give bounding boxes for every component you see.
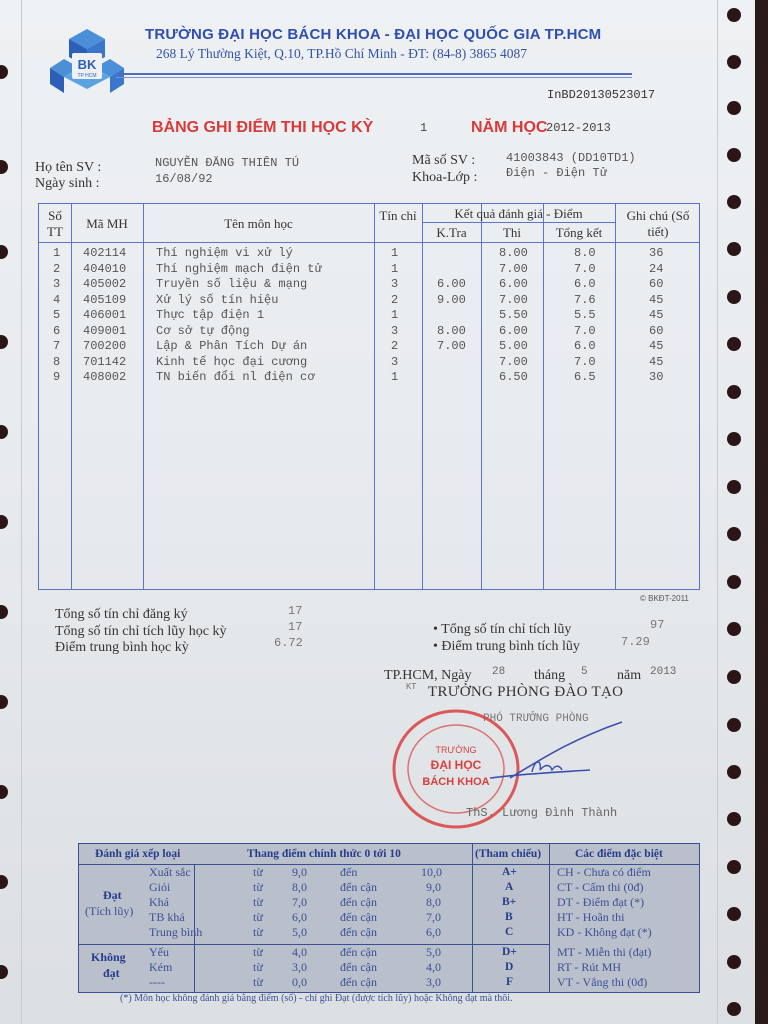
rank-label: Yếu (149, 945, 169, 960)
special-code: KD - Không đạt (*) (557, 925, 652, 940)
from-value: 7,0 (292, 895, 307, 910)
university-name: TRƯỜNG ĐẠI HỌC BÁCH KHOA - ĐẠI HỌC QUỐC … (145, 26, 601, 43)
header-ktra: K.Tra (422, 225, 481, 241)
year-value: 2012-2013 (546, 121, 611, 135)
special-code: DT - Điểm đạt (*) (557, 895, 644, 910)
perforation-hole (727, 55, 741, 69)
table-row: 1402114Thí nghiệm vi xử lý18.008.036 (39, 246, 701, 262)
date-month: 5 (581, 666, 588, 678)
perforation-hole (727, 480, 741, 494)
legend-header-scale: Thang điểm chính thức 0 tới 10 (247, 848, 401, 860)
perforation-hole (727, 812, 741, 826)
ref-grade: B (505, 911, 513, 923)
from-value: 9,0 (292, 865, 307, 880)
header-total: Tổng kết (543, 225, 615, 241)
date-year: 2013 (650, 666, 676, 678)
from-value: 4,0 (292, 945, 307, 960)
special-code: CT - Cấm thi (0đ) (557, 880, 643, 895)
grades-table: Số TT Mã MH Tên môn học Tín chỉ Kết quả … (38, 203, 700, 590)
svg-text:ĐẠI HỌC: ĐẠI HỌC (431, 758, 482, 772)
transcript-paper: BK TP HCM TRƯỜNG ĐẠI HỌC BÁCH KHOA - ĐẠI… (0, 0, 755, 1024)
from-label: từ (253, 925, 263, 940)
to-label: đến cận (340, 975, 377, 990)
to-value: 5,0 (426, 945, 441, 960)
perforation-hole (727, 622, 741, 636)
perforation-hole (727, 290, 741, 304)
place-date-label: TP.HCM, Ngày (384, 668, 472, 684)
gpa-sem-label: Điểm trung bình học kỳ (55, 640, 189, 656)
svg-text:TRƯỜNG: TRƯỜNG (436, 745, 477, 755)
student-name: NGUYỄN ĐĂNG THIÊN TÚ (155, 156, 299, 170)
perforation-hole (727, 148, 741, 162)
signer-name: ThS. Lương Đình Thành (466, 806, 617, 820)
earned-credits-total-value: 97 (650, 618, 664, 632)
perforation-hole (727, 8, 741, 22)
to-value: 6,0 (426, 925, 441, 940)
table-row: 5406001Thực tập điện 115.505.545 (39, 308, 701, 324)
gpa-total-label: • Điểm trung bình tích lũy (433, 639, 580, 655)
to-label: đến cận (340, 960, 377, 975)
semester-value: 1 (420, 121, 427, 135)
header-credits: Tín chỉ (379, 208, 417, 224)
ref-grade: A+ (502, 866, 517, 878)
perforation-hole (727, 718, 741, 732)
perforation-hole (727, 337, 741, 351)
rank-label: ---- (149, 975, 165, 990)
table-row: 4405109Xử lý số tín hiệu29.007.007.645 (39, 293, 701, 309)
rank-label: Trung bình (149, 925, 202, 940)
table-row: 8701142Kinh tế học đại cương37.007.045 (39, 355, 701, 371)
perforation-hole (727, 955, 741, 969)
perforation-hole (727, 242, 741, 256)
rank-label: TB khá (149, 910, 185, 925)
table-row: 9408002TN biến đổi nl điện cơ16.506.530 (39, 370, 701, 386)
perforation-hole (727, 765, 741, 779)
student-dob: 16/08/92 (155, 172, 213, 186)
legend-header-special: Các điểm đặc biệt (575, 848, 663, 860)
perforation-hole (727, 907, 741, 921)
to-label: đến cận (340, 895, 377, 910)
header-result-group: Kết quả đánh giá - Điểm (422, 206, 615, 222)
rank-label: Giỏi (149, 880, 170, 895)
ref-grade: D+ (502, 946, 517, 958)
perforation-hole (727, 670, 741, 684)
special-code: RT - Rút MH (557, 960, 621, 975)
dob-label: Ngày sinh : (35, 176, 100, 192)
gpa-total-value: 7.29 (621, 635, 650, 649)
svg-text:BK: BK (78, 57, 97, 72)
perforation-hole (727, 575, 741, 589)
document-id: InBD20130523017 (547, 88, 655, 102)
earned-credits-total-label: • Tổng số tín chỉ tích lũy (433, 622, 571, 638)
signature-icon (480, 720, 630, 790)
rank-label: Xuất sắc (149, 865, 191, 880)
header-stt: Số TT (39, 208, 71, 240)
to-label: đến cận (340, 910, 377, 925)
perforation-hole (727, 385, 741, 399)
to-label: đến (340, 865, 357, 880)
kt-label: KT (406, 682, 416, 691)
ref-grade: C (505, 926, 513, 938)
to-value: 9,0 (426, 880, 441, 895)
rank-label: Kém (149, 960, 172, 975)
perforation-hole (727, 195, 741, 209)
perforation-hole (727, 432, 741, 446)
special-code: MT - Miễn thi (đạt) (557, 945, 651, 960)
group-fail-sub: đạt (103, 966, 120, 981)
rank-label: Khá (149, 895, 169, 910)
from-value: 6,0 (292, 910, 307, 925)
from-value: 0,0 (292, 975, 307, 990)
to-label: đến cận (340, 925, 377, 940)
page-title: BẢNG GHI ĐIỂM THI HỌC KỲ (152, 119, 373, 137)
perforation-hole (727, 101, 741, 115)
from-value: 3,0 (292, 960, 307, 975)
table-row: 7700200Lập & Phân Tích Dự án27.005.006.0… (39, 339, 701, 355)
special-code: VT - Vắng thi (0đ) (557, 975, 647, 990)
perforation-hole (727, 527, 741, 541)
to-label: đến cận (340, 880, 377, 895)
from-label: từ (253, 895, 263, 910)
special-code: HT - Hoãn thi (557, 910, 624, 925)
header-rule (116, 73, 632, 75)
year-label: NĂM HỌC (471, 119, 547, 137)
year-label-sign: năm (617, 668, 641, 684)
to-value: 3,0 (426, 975, 441, 990)
special-code: CH - Chưa có điểm (557, 865, 651, 880)
to-value: 10,0 (421, 865, 442, 880)
to-label: đến cận (340, 945, 377, 960)
earned-credits-sem-label: Tổng số tín chỉ tích lũy học kỳ (55, 624, 226, 640)
group-pass-sub: (Tích lũy) (85, 904, 133, 919)
header-thi: Thi (481, 225, 543, 241)
header-rule (116, 77, 632, 78)
faculty-value: Điện - Điện Tử (506, 166, 607, 180)
legend-header-rating: Đánh giá xếp loại (95, 848, 180, 860)
earned-credits-sem-value: 17 (288, 620, 302, 634)
copyright: © BKĐT-2011 (640, 594, 689, 603)
from-label: từ (253, 865, 263, 880)
faculty-label: Khoa-Lớp : (412, 170, 477, 186)
date-day: 28 (492, 666, 505, 678)
legend-header-ref: (Tham chiếu) (475, 848, 541, 860)
svg-text:TP HCM: TP HCM (77, 73, 96, 79)
perforation-hole (727, 1002, 741, 1016)
table-row: 2404010Thí nghiệm mạch điện tử17.007.024 (39, 262, 701, 278)
ref-grade: B+ (502, 896, 516, 908)
from-label: từ (253, 960, 263, 975)
bk-logo-icon: BK TP HCM (50, 27, 124, 95)
from-value: 5,0 (292, 925, 307, 940)
perforation-hole (727, 860, 741, 874)
university-address: 268 Lý Thường Kiệt, Q.10, TP.Hồ Chí Minh… (156, 46, 527, 62)
from-label: từ (253, 975, 263, 990)
ref-grade: F (506, 976, 513, 988)
header-code: Mã MH (71, 216, 143, 232)
month-label: tháng (534, 668, 565, 684)
table-row: 3405002Truyền số liệu & mạng36.006.006.0… (39, 277, 701, 293)
ref-grade: D (505, 961, 513, 973)
student-id-label: Mã số SV : (412, 153, 475, 169)
from-label: từ (253, 910, 263, 925)
to-value: 7,0 (426, 910, 441, 925)
group-fail: Không (91, 950, 126, 965)
gpa-sem-value: 6.72 (274, 636, 303, 650)
grading-legend: Đánh giá xếp loại Thang điểm chính thức … (78, 843, 700, 993)
registered-credits-label: Tổng số tín chỉ đăng ký (55, 607, 188, 623)
table-row: 6409001Cơ sở tự động38.006.007.060 (39, 324, 701, 340)
registered-credits-value: 17 (288, 604, 302, 618)
from-label: từ (253, 945, 263, 960)
from-value: 8,0 (292, 880, 307, 895)
ref-grade: A (505, 881, 513, 893)
group-pass: Đạt (103, 888, 122, 903)
office-title: TRƯỞNG PHÒNG ĐÀO TẠO (428, 684, 623, 701)
to-value: 4,0 (426, 960, 441, 975)
header-note: Ghi chú (Số tiết) (619, 208, 697, 240)
header-course: Tên môn học (143, 216, 374, 232)
legend-footnote: (*) Môn học không đánh giá bằng điểm (số… (120, 993, 513, 1004)
tractor-strip-left (0, 0, 22, 1024)
to-value: 8,0 (426, 895, 441, 910)
student-id: 41003843 (DD10TD1) (506, 151, 636, 165)
name-label: Họ tên SV : (35, 160, 101, 176)
from-label: từ (253, 880, 263, 895)
